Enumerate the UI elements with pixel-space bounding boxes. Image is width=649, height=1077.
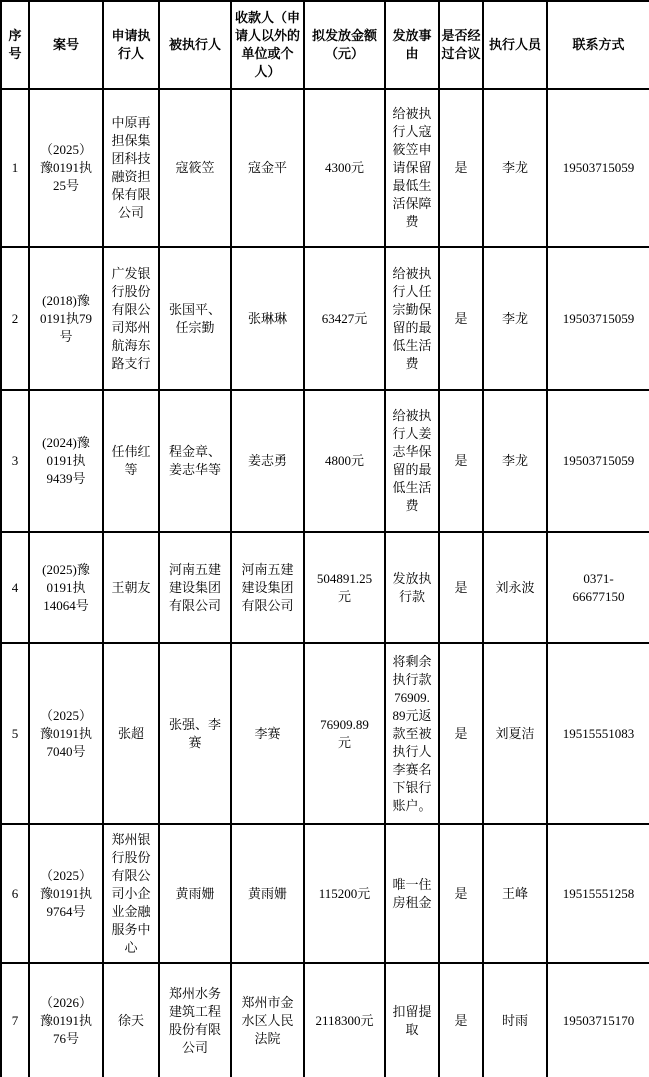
table-row: 2 (2018)豫 0191执79 号 广发银 行股份 有限公 司郑州 航海东 … [1, 247, 649, 390]
cell-deliberation: 是 [439, 963, 483, 1077]
cell-contact: 19515551083 [547, 643, 649, 824]
cell-payee: 李赛 [231, 643, 304, 824]
cell-case-number: (2024)豫 0191执 9439号 [29, 390, 103, 532]
cell-contact: 0371- 66677150 [547, 532, 649, 643]
cell-applicant: 郑州银 行股份 有限公 司小企 业金融 服务中 心 [103, 824, 159, 963]
cell-amount: 76909.89 元 [304, 643, 385, 824]
cell-defendant: 黄雨姗 [159, 824, 231, 963]
cell-deliberation: 是 [439, 89, 483, 247]
header-case-number: 案号 [29, 1, 103, 89]
cell-payee: 郑州市金 水区人民 法院 [231, 963, 304, 1077]
cell-defendant: 郑州水务 建筑工程 股份有限 公司 [159, 963, 231, 1077]
cell-payee: 姜志勇 [231, 390, 304, 532]
cell-reason: 唯一住 房租金 [385, 824, 439, 963]
cell-contact: 19503715059 [547, 247, 649, 390]
execution-funds-table: 序 号 案号 申请执 行人 被执行人 收款人（申 请人以外的 单位或个 人） 拟… [0, 0, 649, 1077]
cell-contact: 19503715059 [547, 390, 649, 532]
table-row: 3 (2024)豫 0191执 9439号 任伟红 等 程金章、 姜志华等 姜志… [1, 390, 649, 532]
cell-applicant: 广发银 行股份 有限公 司郑州 航海东 路支行 [103, 247, 159, 390]
cell-case-number: （2025） 豫0191执 7040号 [29, 643, 103, 824]
document-page: 序 号 案号 申请执 行人 被执行人 收款人（申 请人以外的 单位或个 人） 拟… [0, 0, 649, 1077]
cell-reason: 给被执 行人姜 志华保 留的最 低生活 费 [385, 390, 439, 532]
cell-amount: 504891.25 元 [304, 532, 385, 643]
cell-applicant: 中原再 担保集 团科技 融资担 保有限 公司 [103, 89, 159, 247]
header-deliberation: 是否经 过合议 [439, 1, 483, 89]
cell-case-number: (2018)豫 0191执79 号 [29, 247, 103, 390]
table-row: 5 （2025） 豫0191执 7040号 张超 张强、李 赛 李赛 76909… [1, 643, 649, 824]
cell-amount: 115200元 [304, 824, 385, 963]
cell-contact: 19515551258 [547, 824, 649, 963]
cell-contact: 19503715170 [547, 963, 649, 1077]
cell-payee: 张琳琳 [231, 247, 304, 390]
table-row: 7 （2026） 豫0191执 76号 徐天 郑州水务 建筑工程 股份有限 公司… [1, 963, 649, 1077]
cell-case-number: （2025） 豫0191执 9764号 [29, 824, 103, 963]
header-payee: 收款人（申 请人以外的 单位或个 人） [231, 1, 304, 89]
cell-officer: 时雨 [483, 963, 547, 1077]
cell-defendant: 程金章、 姜志华等 [159, 390, 231, 532]
cell-applicant: 徐天 [103, 963, 159, 1077]
cell-officer: 李龙 [483, 89, 547, 247]
cell-serial: 7 [1, 963, 29, 1077]
cell-deliberation: 是 [439, 247, 483, 390]
cell-case-number: （2025） 豫0191执 25号 [29, 89, 103, 247]
cell-officer: 刘夏洁 [483, 643, 547, 824]
header-reason: 发放事 由 [385, 1, 439, 89]
cell-applicant: 王朝友 [103, 532, 159, 643]
cell-applicant: 任伟红 等 [103, 390, 159, 532]
cell-serial: 2 [1, 247, 29, 390]
cell-defendant: 张国平、 任宗勤 [159, 247, 231, 390]
cell-deliberation: 是 [439, 390, 483, 532]
cell-serial: 4 [1, 532, 29, 643]
cell-defendant: 张强、李 赛 [159, 643, 231, 824]
cell-amount: 63427元 [304, 247, 385, 390]
header-applicant: 申请执 行人 [103, 1, 159, 89]
header-defendant: 被执行人 [159, 1, 231, 89]
cell-reason: 扣留提 取 [385, 963, 439, 1077]
cell-reason: 给被执 行人寇 筱笠申 请保留 最低生 活保障 费 [385, 89, 439, 247]
cell-amount: 4300元 [304, 89, 385, 247]
cell-payee: 寇金平 [231, 89, 304, 247]
cell-case-number: (2025)豫 0191执 14064号 [29, 532, 103, 643]
cell-reason: 发放执 行款 [385, 532, 439, 643]
header-serial: 序 号 [1, 1, 29, 89]
cell-defendant: 河南五建 建设集团 有限公司 [159, 532, 231, 643]
cell-officer: 李龙 [483, 390, 547, 532]
cell-serial: 3 [1, 390, 29, 532]
cell-officer: 李龙 [483, 247, 547, 390]
cell-amount: 2118300元 [304, 963, 385, 1077]
cell-case-number: （2026） 豫0191执 76号 [29, 963, 103, 1077]
cell-serial: 6 [1, 824, 29, 963]
cell-deliberation: 是 [439, 532, 483, 643]
cell-officer: 刘永波 [483, 532, 547, 643]
table-row: 4 (2025)豫 0191执 14064号 王朝友 河南五建 建设集团 有限公… [1, 532, 649, 643]
cell-reason: 将剩余 执行款 76909. 89元返 款至被 执行人 李赛名 下银行 账户。 [385, 643, 439, 824]
cell-applicant: 张超 [103, 643, 159, 824]
cell-payee: 河南五建 建设集团 有限公司 [231, 532, 304, 643]
cell-deliberation: 是 [439, 824, 483, 963]
cell-amount: 4800元 [304, 390, 385, 532]
header-row: 序 号 案号 申请执 行人 被执行人 收款人（申 请人以外的 单位或个 人） 拟… [1, 1, 649, 89]
cell-reason: 给被执 行人任 宗勤保 留的最 低生活 费 [385, 247, 439, 390]
table-row: 1 （2025） 豫0191执 25号 中原再 担保集 团科技 融资担 保有限 … [1, 89, 649, 247]
cell-serial: 1 [1, 89, 29, 247]
cell-payee: 黄雨姗 [231, 824, 304, 963]
cell-deliberation: 是 [439, 643, 483, 824]
table-row: 6 （2025） 豫0191执 9764号 郑州银 行股份 有限公 司小企 业金… [1, 824, 649, 963]
cell-officer: 王峰 [483, 824, 547, 963]
cell-defendant: 寇筱笠 [159, 89, 231, 247]
header-contact: 联系方式 [547, 1, 649, 89]
cell-serial: 5 [1, 643, 29, 824]
header-amount: 拟发放金额 （元） [304, 1, 385, 89]
header-officer: 执行人员 [483, 1, 547, 89]
cell-contact: 19503715059 [547, 89, 649, 247]
